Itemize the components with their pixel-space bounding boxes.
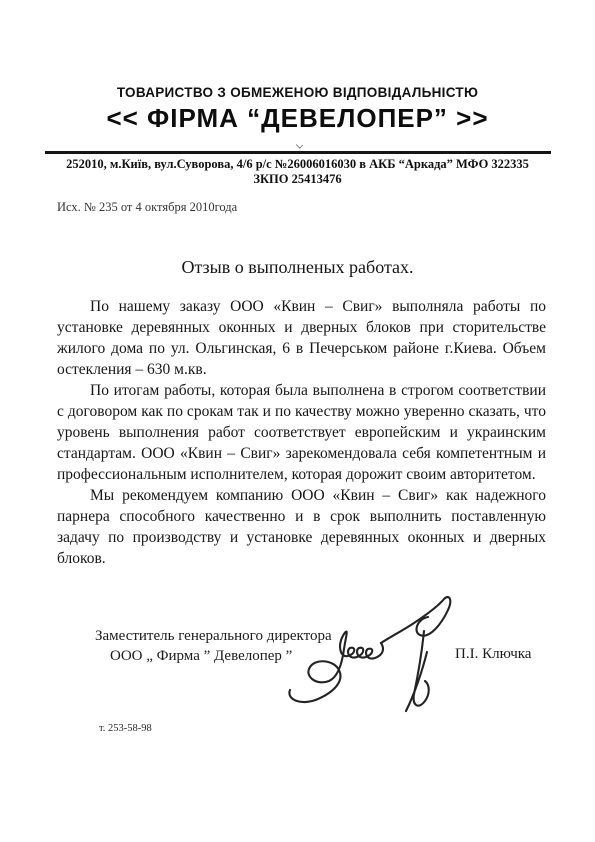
firm-name-heading: << ФІРМА “ДЕВЕЛОПЕР” >>	[0, 103, 595, 134]
paragraph-3: Мы рекомендуем компанию ООО «Квин – Свиг…	[57, 485, 546, 569]
paragraph-2: По итогам работы, которая была выполнена…	[57, 380, 546, 485]
signer-name: П.І. Ключка	[455, 646, 531, 663]
header-divider-line	[45, 151, 551, 154]
paragraph-1: По нашему заказу ООО «Квин – Свиг» выпол…	[57, 296, 546, 380]
letter-body: По нашему заказу ООО «Квин – Свиг» выпол…	[57, 296, 546, 569]
zkpo-line: ЗКПО 25413476	[0, 172, 595, 187]
document-page: ТОВАРИСТВО З ОБМЕЖЕНОЮ ВІДПОВІДАЛЬНІСТЮ …	[0, 0, 595, 842]
handwritten-signature	[286, 594, 468, 722]
address-line: 252010, м.Київ, вул.Суворова, 4/6 р/с №2…	[0, 157, 595, 172]
signer-position-line2: ООО „ Фирма ” Девелопер ”	[110, 648, 292, 665]
footer-phone: т. 253-58-98	[99, 723, 152, 734]
document-title: Отзыв о выполненых работах.	[0, 257, 595, 278]
org-type-heading: ТОВАРИСТВО З ОБМЕЖЕНОЮ ВІДПОВІДАЛЬНІСТЮ	[0, 85, 595, 100]
scan-artifact-mark	[296, 141, 303, 148]
ref-number-line: Исх. № 235 от 4 октября 2010года	[57, 200, 237, 215]
